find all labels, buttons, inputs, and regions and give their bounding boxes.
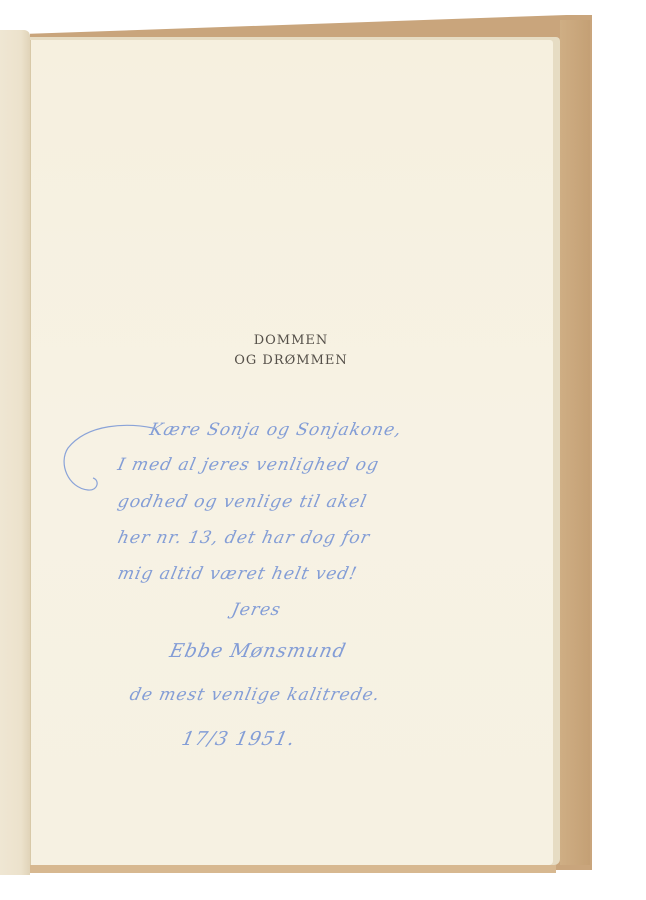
inscription-line-3: godhed og venlige til akel	[116, 492, 369, 512]
cover-bottom-edge	[30, 865, 556, 873]
inscription-closing: Jeres	[230, 600, 283, 620]
inscription-line-4: her nr. 13, det har dog for	[116, 528, 372, 548]
cover-right-edge	[560, 20, 590, 865]
book-title-line1: DOMMEN	[0, 333, 614, 348]
inscription-line-5: mig altid været helt ved!	[116, 564, 359, 584]
inscription-signature: Ebbe Mønsmund	[168, 640, 349, 662]
inscription-line-2: I med al jeres venlighed og	[116, 455, 381, 475]
left-facing-page	[0, 30, 30, 875]
inscription-line-1: Kære Sonja og Sonjakone,	[148, 420, 404, 440]
inscription-postscript: de mest venlige kalitrede.	[128, 685, 382, 705]
book-title-line2: OG DRØMMEN	[0, 353, 614, 368]
inscription-date: 17/3 1951.	[180, 728, 298, 750]
